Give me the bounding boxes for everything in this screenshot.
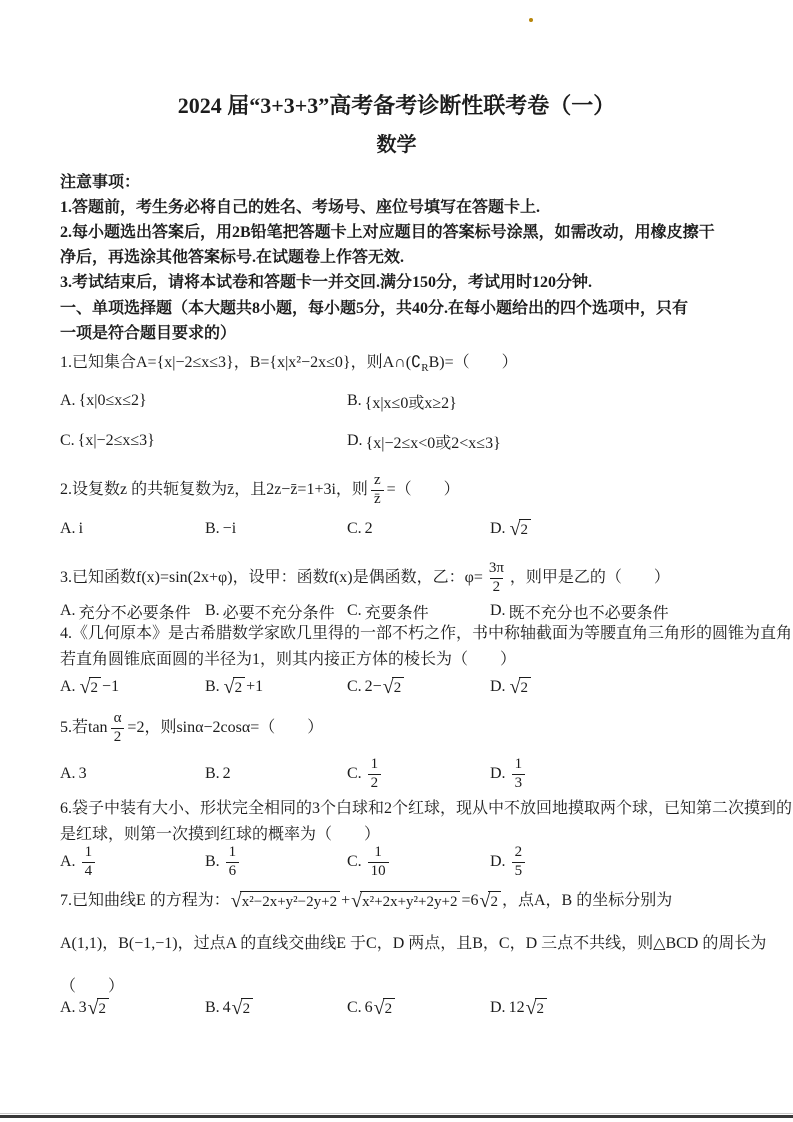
q1-options-row-1: A.{x|0≤x≤2} B.{x|x≤0或x≥2} xyxy=(60,389,737,413)
sqrt-radical: √2 xyxy=(510,677,531,697)
notice-line-2b: 净后，再选涂其他答案标号.在试题卷上作答无效. xyxy=(60,248,737,268)
q1-stem: 1.已知集合A={x|−2≤x≤3}，B={x|x²−2x≤0}，则A∩(∁RB… xyxy=(60,353,737,376)
q2-option-d: D.√2 xyxy=(490,517,532,541)
q2-option-b: B.−i xyxy=(205,517,236,541)
section-heading-line-2: 一项是符合题目要求的） xyxy=(60,324,737,344)
page-title: 2024 届“3+3+3”高考备考诊断性联考卷（一） xyxy=(0,92,793,120)
sqrt-radical: √2 xyxy=(526,998,547,1018)
sqrt-radical: √2 xyxy=(383,677,404,697)
scan-artifact-dot xyxy=(529,18,533,22)
q5-option-a: A.3 xyxy=(60,754,87,794)
subject-title: 数学 xyxy=(0,133,793,158)
sqrt-radical: √2 xyxy=(80,677,101,697)
q1-option-c: C.{x|−2≤x≤3} xyxy=(60,429,155,453)
q1-option-d: D.{x|−2≤x<0或2<x≤3} xyxy=(347,429,501,453)
sqrt-radical: √2 xyxy=(374,998,395,1018)
q1-options-row-2: C.{x|−2≤x≤3} D.{x|−2≤x<0或2<x≤3} xyxy=(60,429,737,453)
q7-option-a: A.3√2 xyxy=(60,994,110,1022)
notice-line-2a: 2.每小题选出答案后，用2B铅笔把答题卡上对应题目的答案标号涂黑，如需改动，用橡… xyxy=(60,223,737,243)
q4-stem-line-1: 4.《几何原本》是古希腊数学家欧几里得的一部不朽之作，书中称轴截面为等腰直角三角… xyxy=(60,624,737,644)
q2-option-c: C.2 xyxy=(347,517,373,541)
q3-options-row: A.充分不必要条件 B.必要不充分条件 C.充要条件 D.既不充分也不必要条件 xyxy=(60,599,737,623)
q5-options-row: A.3 B.2 C.12 D.13 xyxy=(60,754,737,794)
q6-options-row: A.14 B.16 C.110 D.25 xyxy=(60,842,737,882)
notice-line-1: 1.答题前，考生务必将自己的姓名、考场号、座位号填写在答题卡上. xyxy=(60,198,737,218)
q4-option-c: C.2−√2 xyxy=(347,672,405,702)
q5-stem: 5.若tan α2 =2，则sinα−2cosα=（ ） xyxy=(60,706,737,750)
q7-option-d: D.12√2 xyxy=(490,994,548,1022)
q1-stem-text-2: B)=（ ） xyxy=(429,354,518,371)
q3-stem: 3.已知函数f(x)=sin(2x+φ)，设甲：函数f(x)是偶函数，乙：φ= … xyxy=(60,556,737,600)
q1-option-a: A.{x|0≤x≤2} xyxy=(60,389,147,413)
q7-stem-line-1: 7.已知曲线E 的方程为： √x²−2x+y²−2y+2 + √x²+2x+y²… xyxy=(60,884,737,918)
exam-paper-page: 2024 届“3+3+3”高考备考诊断性联考卷（一） 数学 注意事项： 1.答题… xyxy=(0,0,793,1122)
q4-option-b: B.√2+1 xyxy=(205,672,263,702)
page-bottom-rule xyxy=(0,1115,793,1118)
q3-option-b: B.必要不充分条件 xyxy=(205,599,335,623)
q5-option-d: D.13 xyxy=(490,754,528,794)
q6-option-b: B.16 xyxy=(205,842,242,882)
q1-option-b: B.{x|x≤0或x≥2} xyxy=(347,389,457,413)
q4-stem-line-2: 若直角圆锥底面圆的半径为1，则其内接正方体的棱长为（ ） xyxy=(60,650,737,670)
q6-option-d: D.25 xyxy=(490,842,528,882)
sqrt-radical: √x²−2x+y²−2y+2 xyxy=(231,891,340,911)
q4-option-a: A.√2−1 xyxy=(60,672,119,702)
q7-option-c: C.6√2 xyxy=(347,994,396,1022)
notice-heading: 注意事项： xyxy=(60,173,737,193)
q4-options-row: A.√2−1 B.√2+1 C.2−√2 D.√2 xyxy=(60,672,737,702)
sqrt-radical: √2 xyxy=(232,998,253,1018)
section-heading-line-1: 一、单项选择题（本大题共8小题，每小题5分，共40分.在每小题给出的四个选项中，… xyxy=(60,299,737,319)
page-bottom-rule-light xyxy=(0,1113,793,1114)
sqrt-radical: √2 xyxy=(224,677,245,697)
notice-line-3: 3.考试结束后，请将本试卷和答题卡一并交回.满分150分，考试用时120分钟. xyxy=(60,273,737,293)
q6-stem-line-1: 6.袋子中装有大小、形状完全相同的3个白球和2个红球，现从中不放回地摸取两个球，… xyxy=(60,799,737,819)
q6-option-c: C.110 xyxy=(347,842,392,882)
q7-options-row: A.3√2 B.4√2 C.6√2 D.12√2 xyxy=(60,994,737,1022)
q6-option-a: A.14 xyxy=(60,842,98,882)
q2-stem: 2.设复数z 的共轭复数为z̄，且2z−z̄=1+3i，则 zz̄ =（ ） xyxy=(60,468,737,512)
q3-option-a: A.充分不必要条件 xyxy=(60,599,191,623)
sqrt-radical: √x²+2x+y²+2y+2 xyxy=(351,891,460,911)
sqrt-radical: √2 xyxy=(88,998,109,1018)
q1-stem-text: 1.已知集合A={x|−2≤x≤3}，B={x|x²−2x≤0}，则A∩(∁ xyxy=(60,354,421,371)
q2-option-a: A.i xyxy=(60,517,83,541)
q1-complement-subscript: R xyxy=(421,362,428,374)
q2-options-row: A.i B.−i C.2 D.√2 xyxy=(60,517,737,541)
q3-option-c: C.充要条件 xyxy=(347,599,429,623)
sqrt-radical: √2 xyxy=(480,891,501,911)
q5-fraction: α2 xyxy=(111,710,125,746)
q3-option-d: D.既不充分也不必要条件 xyxy=(490,599,669,623)
q5-option-b: B.2 xyxy=(205,754,231,794)
q3-fraction: 3π2 xyxy=(486,560,507,596)
q5-option-c: C.12 xyxy=(347,754,384,794)
q7-stem-line-2: A(1,1)，B(−1,−1)，过点A 的直线交曲线E 于C，D 两点，且B，C… xyxy=(60,934,737,954)
sqrt-radical: √2 xyxy=(510,519,531,539)
q4-option-d: D.√2 xyxy=(490,672,532,702)
q2-fraction: zz̄ xyxy=(371,472,384,508)
q7-option-b: B.4√2 xyxy=(205,994,254,1022)
